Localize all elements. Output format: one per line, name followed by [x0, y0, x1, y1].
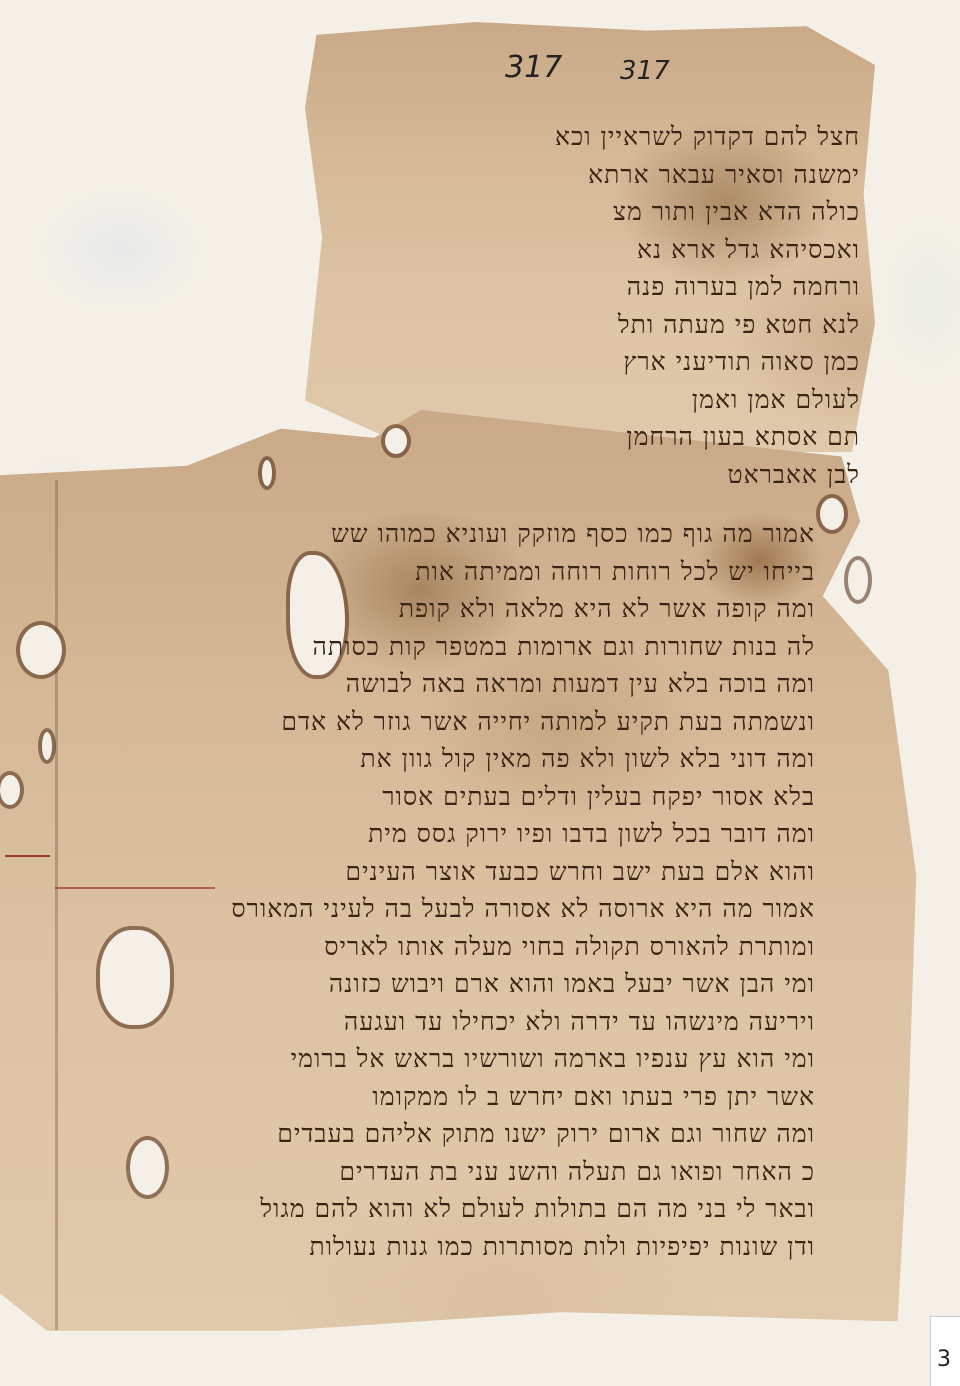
text-line: לעולם אמן ואמן	[320, 381, 860, 419]
text-line: אמור מה גוף כמו כסף מוזקק ועוניא כמוהו ש…	[95, 515, 815, 553]
text-line: בייחו יש לכל רוחות רוחה וממיתה אות	[95, 553, 815, 591]
main-text-column: אמור מה גוף כמו כסף מוזקק ועוניא כמוהו ש…	[95, 515, 815, 1265]
parchment-hole	[820, 498, 844, 530]
text-line: ורחמה למן בערוה פנה	[320, 268, 860, 306]
folio-number-corrected: 317	[620, 56, 670, 86]
text-line: בלא אסור יפקח בעלין ודלים בעתים אסור	[95, 778, 815, 816]
page-fold-line	[55, 480, 58, 1330]
parchment-hole	[42, 732, 52, 760]
text-line: ומה שחור וגם ארום ירוק ישנו מתוק אליהם ב…	[95, 1115, 815, 1153]
upper-text-column: חצל להם דקדוק לשראיין וכא ימשנה וסאיר עב…	[320, 118, 860, 493]
folio-number: 317	[505, 50, 562, 85]
parchment-hole	[20, 625, 62, 675]
text-line: לה בנות שחורות וגם ארומות במטפר קות כסות…	[95, 628, 815, 666]
parchment-hole	[0, 775, 20, 805]
parchment-hole	[848, 560, 868, 600]
rubric-mark	[5, 855, 50, 857]
text-line: ומותרת להאורס תקולה בחוי מעלה אותו לאריס	[95, 928, 815, 966]
text-line: כמן סאוה תודיעני ארץ	[320, 343, 860, 381]
text-line: לנא חטא פי מעתה ותל	[320, 306, 860, 344]
parchment-hole	[262, 460, 272, 486]
text-line: ובאר לי בני מה הם בתולות לעולם לא והוא ל…	[95, 1190, 815, 1228]
catalog-label: 3	[930, 1316, 960, 1386]
text-line: כולה הדא אבין ותור מצ	[320, 193, 860, 231]
text-line: ומי הוא עץ ענפיו בארמה ושורשיו בראש אל ב…	[95, 1040, 815, 1078]
text-line: תם אסתא בעון הרחמן	[320, 418, 860, 456]
text-line: ומה דוני בלא לשון ולא פה מאין קול גוון א…	[95, 740, 815, 778]
text-line: כ האחר ופואו גם תעלה והשנ עני בת העדרים	[95, 1153, 815, 1191]
text-line: אשר יתן פרי בעתו ואם יחרש ב לו ממקומו	[95, 1078, 815, 1116]
text-line: ומי הבן אשר יבעל באמו והוא ארם ויבוש כזו…	[95, 965, 815, 1003]
text-line: ודן שונות יפיפיות ולות מסותרות כמו גנות …	[95, 1228, 815, 1266]
text-line: לבן אאבראט	[320, 456, 860, 494]
text-line: חצל להם דקדוק לשראיין וכא	[320, 118, 860, 156]
text-line: אמור מה היא ארוסה לא אסורה לבעל בה לעיני…	[95, 890, 815, 928]
text-line: ואכסיהא גדל ארא נא	[320, 231, 860, 269]
text-line: ונשמתה בעת תקיע למותה יחייה אשר גוזר לא …	[95, 703, 815, 741]
text-line: ומה קופה אשר לא היא מלאה ולא קופת	[95, 590, 815, 628]
text-line: והוא אלם בעת ישב וחרש כבעד אוצר העינים	[95, 853, 815, 891]
text-line: ויריעה מינשהו עד ידרה ולא יכחילו עד ועגע…	[95, 1003, 815, 1041]
text-line: ומה בוכה בלא עין דמעות ומראה באה לבושה	[95, 665, 815, 703]
text-line: ומה דובר בכל לשון בדבו ופיו ירוק גסס מית	[95, 815, 815, 853]
text-line: ימשנה וסאיר עבאר ארתא	[320, 156, 860, 194]
